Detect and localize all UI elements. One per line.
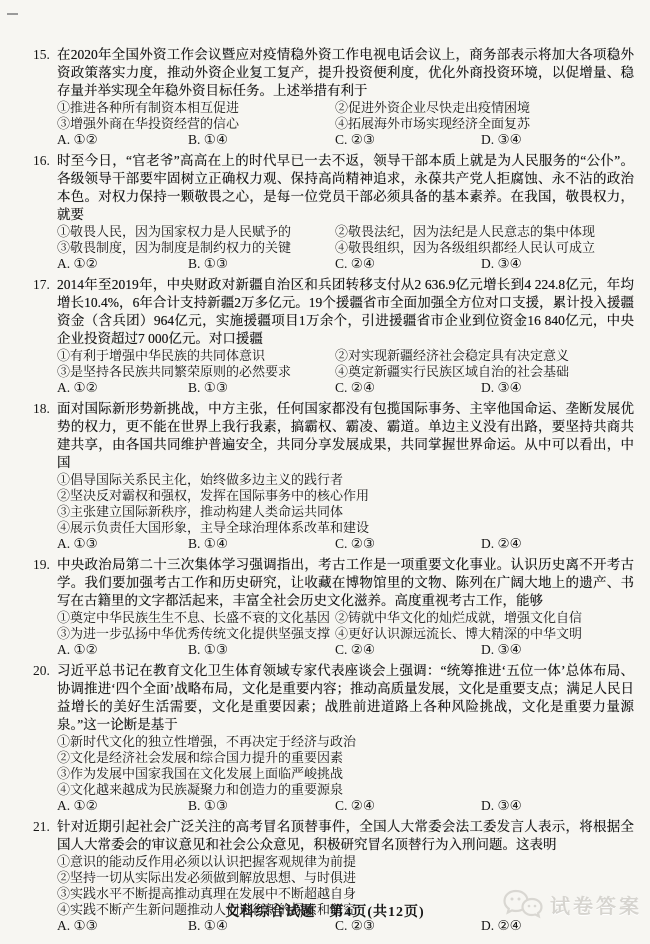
- option-item: ③增强外商在华投资经营的信心: [57, 116, 335, 132]
- choice-option: C. ②③: [335, 536, 481, 552]
- option-item: ①敬畏人民，因为国家权力是人民赋予的: [57, 224, 335, 240]
- option-item: ①意识的能动反作用必须以认识把握客观规律为前提: [57, 854, 634, 870]
- option-items: ①有利于增强中华民族的共同体意识②对实现新疆经济社会稳定具有决定意义③是坚持各民…: [57, 348, 634, 380]
- choice-option: D. ③④: [481, 380, 634, 396]
- question-number: 17.: [33, 276, 50, 294]
- option-row: ③增强外商在华投资经营的信心④拓展海外市场实现经济全面复苏: [57, 116, 634, 132]
- option-item: ④展示负责任大国形象，主导全球治理体系改革和建设: [57, 520, 634, 536]
- choice-option: C. ②④: [335, 380, 481, 396]
- choice-option: D. ③④: [481, 642, 634, 658]
- option-items: ①推进各种所有制资本相互促进②促进外资企业尽快走出疫情困境③增强外商在华投资经营…: [57, 100, 634, 132]
- exam-page: 15. 在2020年全国外资工作会议暨应对疫情稳外资工作电视电话会议上，商务部表…: [0, 0, 650, 944]
- option-items: ①敬畏人民，因为国家权力是人民赋予的②敬畏法纪，因为法纪是人民意志的集中体现③敬…: [57, 224, 634, 256]
- option-item: ①奠定中华民族生生不息、长盛不衰的文化基因: [57, 610, 335, 626]
- question-stem: 面对国际新形势新挑战，中方主张，任何国家都没有包揽国际事务、主宰他国命运、垄断发…: [57, 400, 634, 472]
- option-item: ③作为发展中国家我国在文化发展上面临严峻挑战: [57, 766, 634, 782]
- option-row: ①敬畏人民，因为国家权力是人民赋予的②敬畏法纪，因为法纪是人民意志的集中体现: [57, 224, 634, 240]
- choice-option: B. ①③: [188, 256, 335, 272]
- choice-option: B. ①④: [188, 132, 335, 148]
- chat-bubbles-icon: [502, 888, 544, 920]
- option-item: ②坚决反对霸权和强权，发挥在国际事务中的核心作用: [57, 488, 634, 504]
- document-title: 文科综合试题: [225, 905, 315, 920]
- question-17: 17. 2014年至2019年，中央财政对新疆自治区和兵团转移支付从2 636.…: [33, 276, 634, 396]
- option-item: ②敬畏法纪，因为法纪是人民意志的集中体现: [335, 224, 634, 240]
- answer-choices: A. ①③B. ①④C. ②③D. ②④: [57, 536, 634, 552]
- choice-option: A. ①②: [57, 798, 188, 814]
- choice-option: C. ②④: [335, 256, 481, 272]
- question-stem: 时至今日，“官老爷”高高在上的时代早已一去不返，领导干部本质上就是为人民服务的“…: [57, 152, 634, 224]
- question-15: 15. 在2020年全国外资工作会议暨应对疫情稳外资工作电视电话会议上，商务部表…: [33, 46, 634, 148]
- choice-option: D. ③④: [481, 798, 634, 814]
- question-stem: 习近平总书记在教育文化卫生体育领域专家代表座谈会上强调：“统筹推进‘五位一体’总…: [57, 662, 634, 734]
- question-number: 21.: [33, 818, 50, 836]
- option-item: ③是坚持各民族共同繁荣原则的必然要求: [57, 364, 335, 380]
- choice-option: B. ①③: [188, 642, 335, 658]
- option-items: ①倡导国际关系民主化，始终做多边主义的践行者②坚决反对霸权和强权，发挥在国际事务…: [57, 472, 634, 536]
- question-20: 20. 习近平总书记在教育文化卫生体育领域专家代表座谈会上强调：“统筹推进‘五位…: [33, 662, 634, 814]
- option-item: ①倡导国际关系民主化，始终做多边主义的践行者: [57, 472, 634, 488]
- choice-option: A. ①②: [57, 642, 188, 658]
- choice-option: B. ①④: [188, 536, 335, 552]
- option-item: ②对实现新疆经济社会稳定具有决定意义: [335, 348, 634, 364]
- question-number: 20.: [33, 662, 50, 680]
- option-item: ③为进一步弘扬中华优秀传统文化提供坚强支撑: [57, 626, 335, 642]
- option-row: ③敬畏制度，因为制度是制约权力的关键④敬畏组织，因为各级组织都经人民认可成立: [57, 240, 634, 256]
- answer-choices: A. ①②B. ①③C. ②④D. ③④: [57, 798, 634, 814]
- choice-option: A. ①③: [57, 536, 188, 552]
- question-stem: 针对近期引起社会广泛关注的高考冒名顶替事件，全国人大常委会法工委发言人表示，将根…: [57, 818, 634, 854]
- option-item: ④拓展海外市场实现经济全面复苏: [335, 116, 634, 132]
- question-stem: 在2020年全国外资工作会议暨应对疫情稳外资工作电视电话会议上，商务部表示将加大…: [57, 46, 634, 100]
- choice-option: A. ①②: [57, 132, 188, 148]
- option-item: ③主张建立国际新秩序，推动构建人类命运共同体: [57, 504, 634, 520]
- option-item: ①新时代文化的独立性增强，不再决定于经济与政治: [57, 734, 634, 750]
- question-number: 16.: [33, 152, 50, 170]
- option-item: ④更好认识源远流长、博大精深的中华文明: [335, 626, 634, 642]
- choice-option: D. ③④: [481, 256, 634, 272]
- question-18: 18. 面对国际新形势新挑战，中方主张，任何国家都没有包揽国际事务、主宰他国命运…: [33, 400, 634, 552]
- choice-option: C. ②④: [335, 798, 481, 814]
- choice-option: C. ②③: [335, 132, 481, 148]
- option-item: ②文化是经济社会发展和综合国力提升的重要因素: [57, 750, 634, 766]
- option-row: ①奠定中华民族生生不息、长盛不衰的文化基因②铸就中华文化的灿烂成就，增强文化自信: [57, 610, 634, 626]
- option-item: ④敬畏组织，因为各级组织都经人民认可成立: [335, 240, 634, 256]
- option-items: ①新时代文化的独立性增强，不再决定于经济与政治②文化是经济社会发展和综合国力提升…: [57, 734, 634, 798]
- choice-option: D. ③④: [481, 132, 634, 148]
- choice-option: A. ①②: [57, 380, 188, 396]
- question-list: 15. 在2020年全国外资工作会议暨应对疫情稳外资工作电视电话会议上，商务部表…: [33, 46, 634, 938]
- option-item: ③敬畏制度，因为制度是制约权力的关键: [57, 240, 335, 256]
- question-19: 19. 中央政治局第二十三次集体学习强调指出，考古工作是一项重要文化事业。认识历…: [33, 556, 634, 658]
- option-item: ④文化越来越成为民族凝聚力和创造力的重要源泉: [57, 782, 634, 798]
- option-item: ①推进各种所有制资本相互促进: [57, 100, 335, 116]
- page-number: 第4页(共12页): [329, 905, 424, 920]
- option-item: ②坚持一切从实际出发必须做到解放思想、与时俱进: [57, 870, 634, 886]
- answer-choices: A. ①②B. ①④C. ②③D. ③④: [57, 132, 634, 148]
- answer-choices: A. ①②B. ①③C. ②④D. ③④: [57, 256, 634, 272]
- option-item: ②铸就中华文化的灿烂成就，增强文化自信: [335, 610, 634, 626]
- question-stem: 中央政治局第二十三次集体学习强调指出，考古工作是一项重要文化事业。认识历史离不开…: [57, 556, 634, 610]
- choice-option: A. ①②: [57, 256, 188, 272]
- question-stem: 2014年至2019年，中央财政对新疆自治区和兵团转移支付从2 636.9亿元增…: [57, 276, 634, 348]
- choice-option: C. ②④: [335, 642, 481, 658]
- option-items: ①奠定中华民族生生不息、长盛不衰的文化基因②铸就中华文化的灿烂成就，增强文化自信…: [57, 610, 634, 642]
- option-item: ②促进外资企业尽快走出疫情困境: [335, 100, 634, 116]
- choice-option: B. ①③: [188, 380, 335, 396]
- scan-artifact-mark: [7, 13, 18, 15]
- option-row: ③是坚持各民族共同繁荣原则的必然要求④奠定新疆实行民族区域自治的社会基础: [57, 364, 634, 380]
- option-row: ③为进一步弘扬中华优秀传统文化提供坚强支撑④更好认识源远流长、博大精深的中华文明: [57, 626, 634, 642]
- option-item: ①有利于增强中华民族的共同体意识: [57, 348, 335, 364]
- option-item: ④奠定新疆实行民族区域自治的社会基础: [335, 364, 634, 380]
- question-number: 19.: [33, 556, 50, 574]
- option-row: ①有利于增强中华民族的共同体意识②对实现新疆经济社会稳定具有决定意义: [57, 348, 634, 364]
- question-16: 16. 时至今日，“官老爷”高高在上的时代早已一去不返，领导干部本质上就是为人民…: [33, 152, 634, 272]
- watermark: 试卷答案: [502, 888, 642, 920]
- question-number: 15.: [33, 46, 50, 64]
- answer-choices: A. ①②B. ①③C. ②④D. ③④: [57, 380, 634, 396]
- watermark-text: 试卷答案: [550, 890, 642, 919]
- question-number: 18.: [33, 400, 50, 418]
- option-row: ①推进各种所有制资本相互促进②促进外资企业尽快走出疫情困境: [57, 100, 634, 116]
- choice-option: D. ②④: [481, 536, 634, 552]
- answer-choices: A. ①②B. ①③C. ②④D. ③④: [57, 642, 634, 658]
- choice-option: B. ①③: [188, 798, 335, 814]
